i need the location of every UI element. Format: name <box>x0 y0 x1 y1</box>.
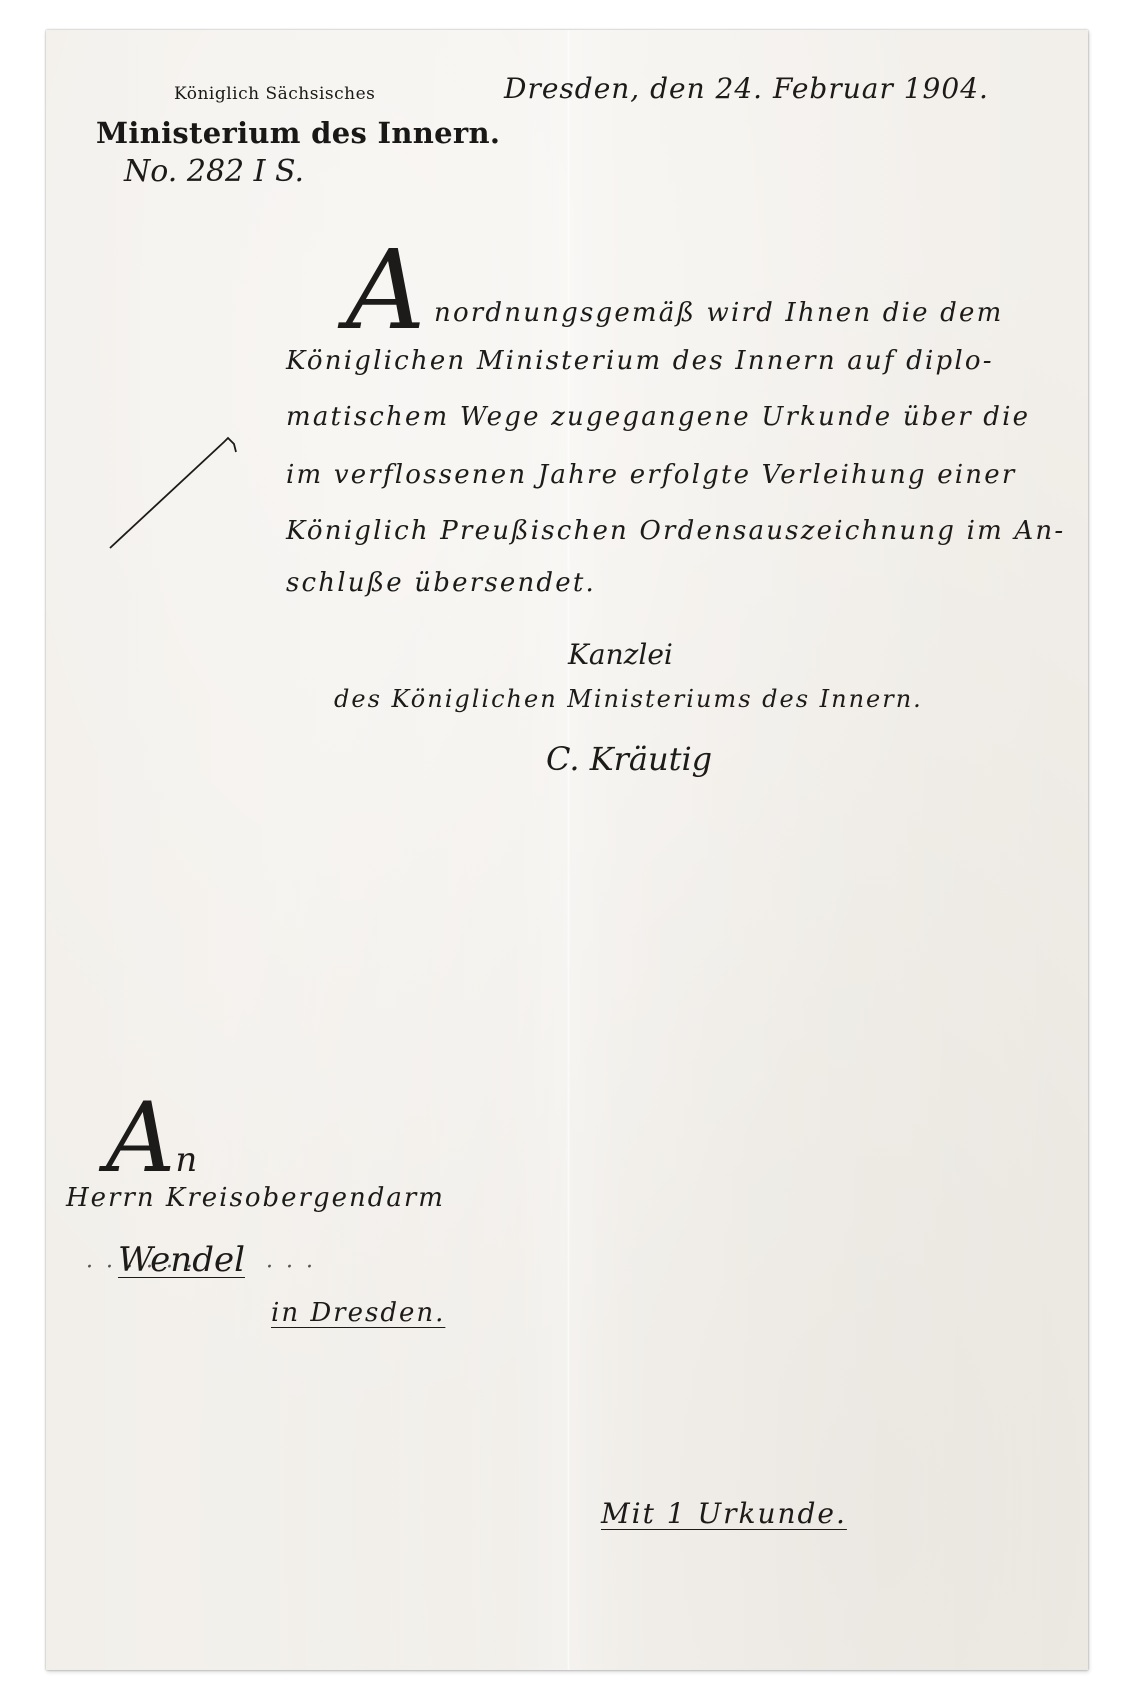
paper-fold-crease <box>567 30 570 1670</box>
body-line-3: matischem Wege zugegangene Urkunde über … <box>286 402 1030 432</box>
body-line-2: Königlichen Ministerium des Innern auf d… <box>286 346 994 376</box>
addressee-initial-letter: An <box>106 1090 197 1186</box>
closing-office-of: des Königlichen Ministeriums des Innern. <box>334 685 923 713</box>
addressee-name: Wendel <box>118 1240 245 1280</box>
addressee-dots-after: · · · <box>266 1255 316 1280</box>
addressee-title: Herrn Kreisobergendarm <box>66 1183 445 1213</box>
enclosure-note: Mit 1 Urkunde. <box>601 1497 847 1530</box>
letter-paper: Königlich Sächsisches Ministerium des In… <box>46 30 1088 1670</box>
body-line-6: schluße übersendet. <box>286 568 596 598</box>
body-line-1: nordnungsgemäß wird Ihnen die dem <box>434 298 1003 328</box>
margin-pen-stroke-icon <box>106 390 246 550</box>
place-date-line: Dresden, den 24. Februar 1904. <box>504 72 989 105</box>
letterhead-kingdom: Königlich Sächsisches <box>174 84 375 104</box>
addressee-location: in Dresden. <box>271 1298 445 1328</box>
addressee-initial: A <box>106 1082 175 1194</box>
body-line-5: Königlich Preußischen Ordensauszeichnung… <box>286 516 1065 546</box>
signature: C. Kräutig <box>546 740 712 778</box>
body-initial-letter: A <box>346 235 425 345</box>
letterhead-ministry: Ministerium des Innern. <box>96 116 500 150</box>
reference-number: No. 282 I S. <box>124 154 304 189</box>
closing-office: Kanzlei <box>568 638 673 671</box>
addressee-initial-rest: n <box>175 1140 197 1180</box>
body-line-4: im verflossenen Jahre erfolgte Verleihun… <box>286 460 1016 490</box>
